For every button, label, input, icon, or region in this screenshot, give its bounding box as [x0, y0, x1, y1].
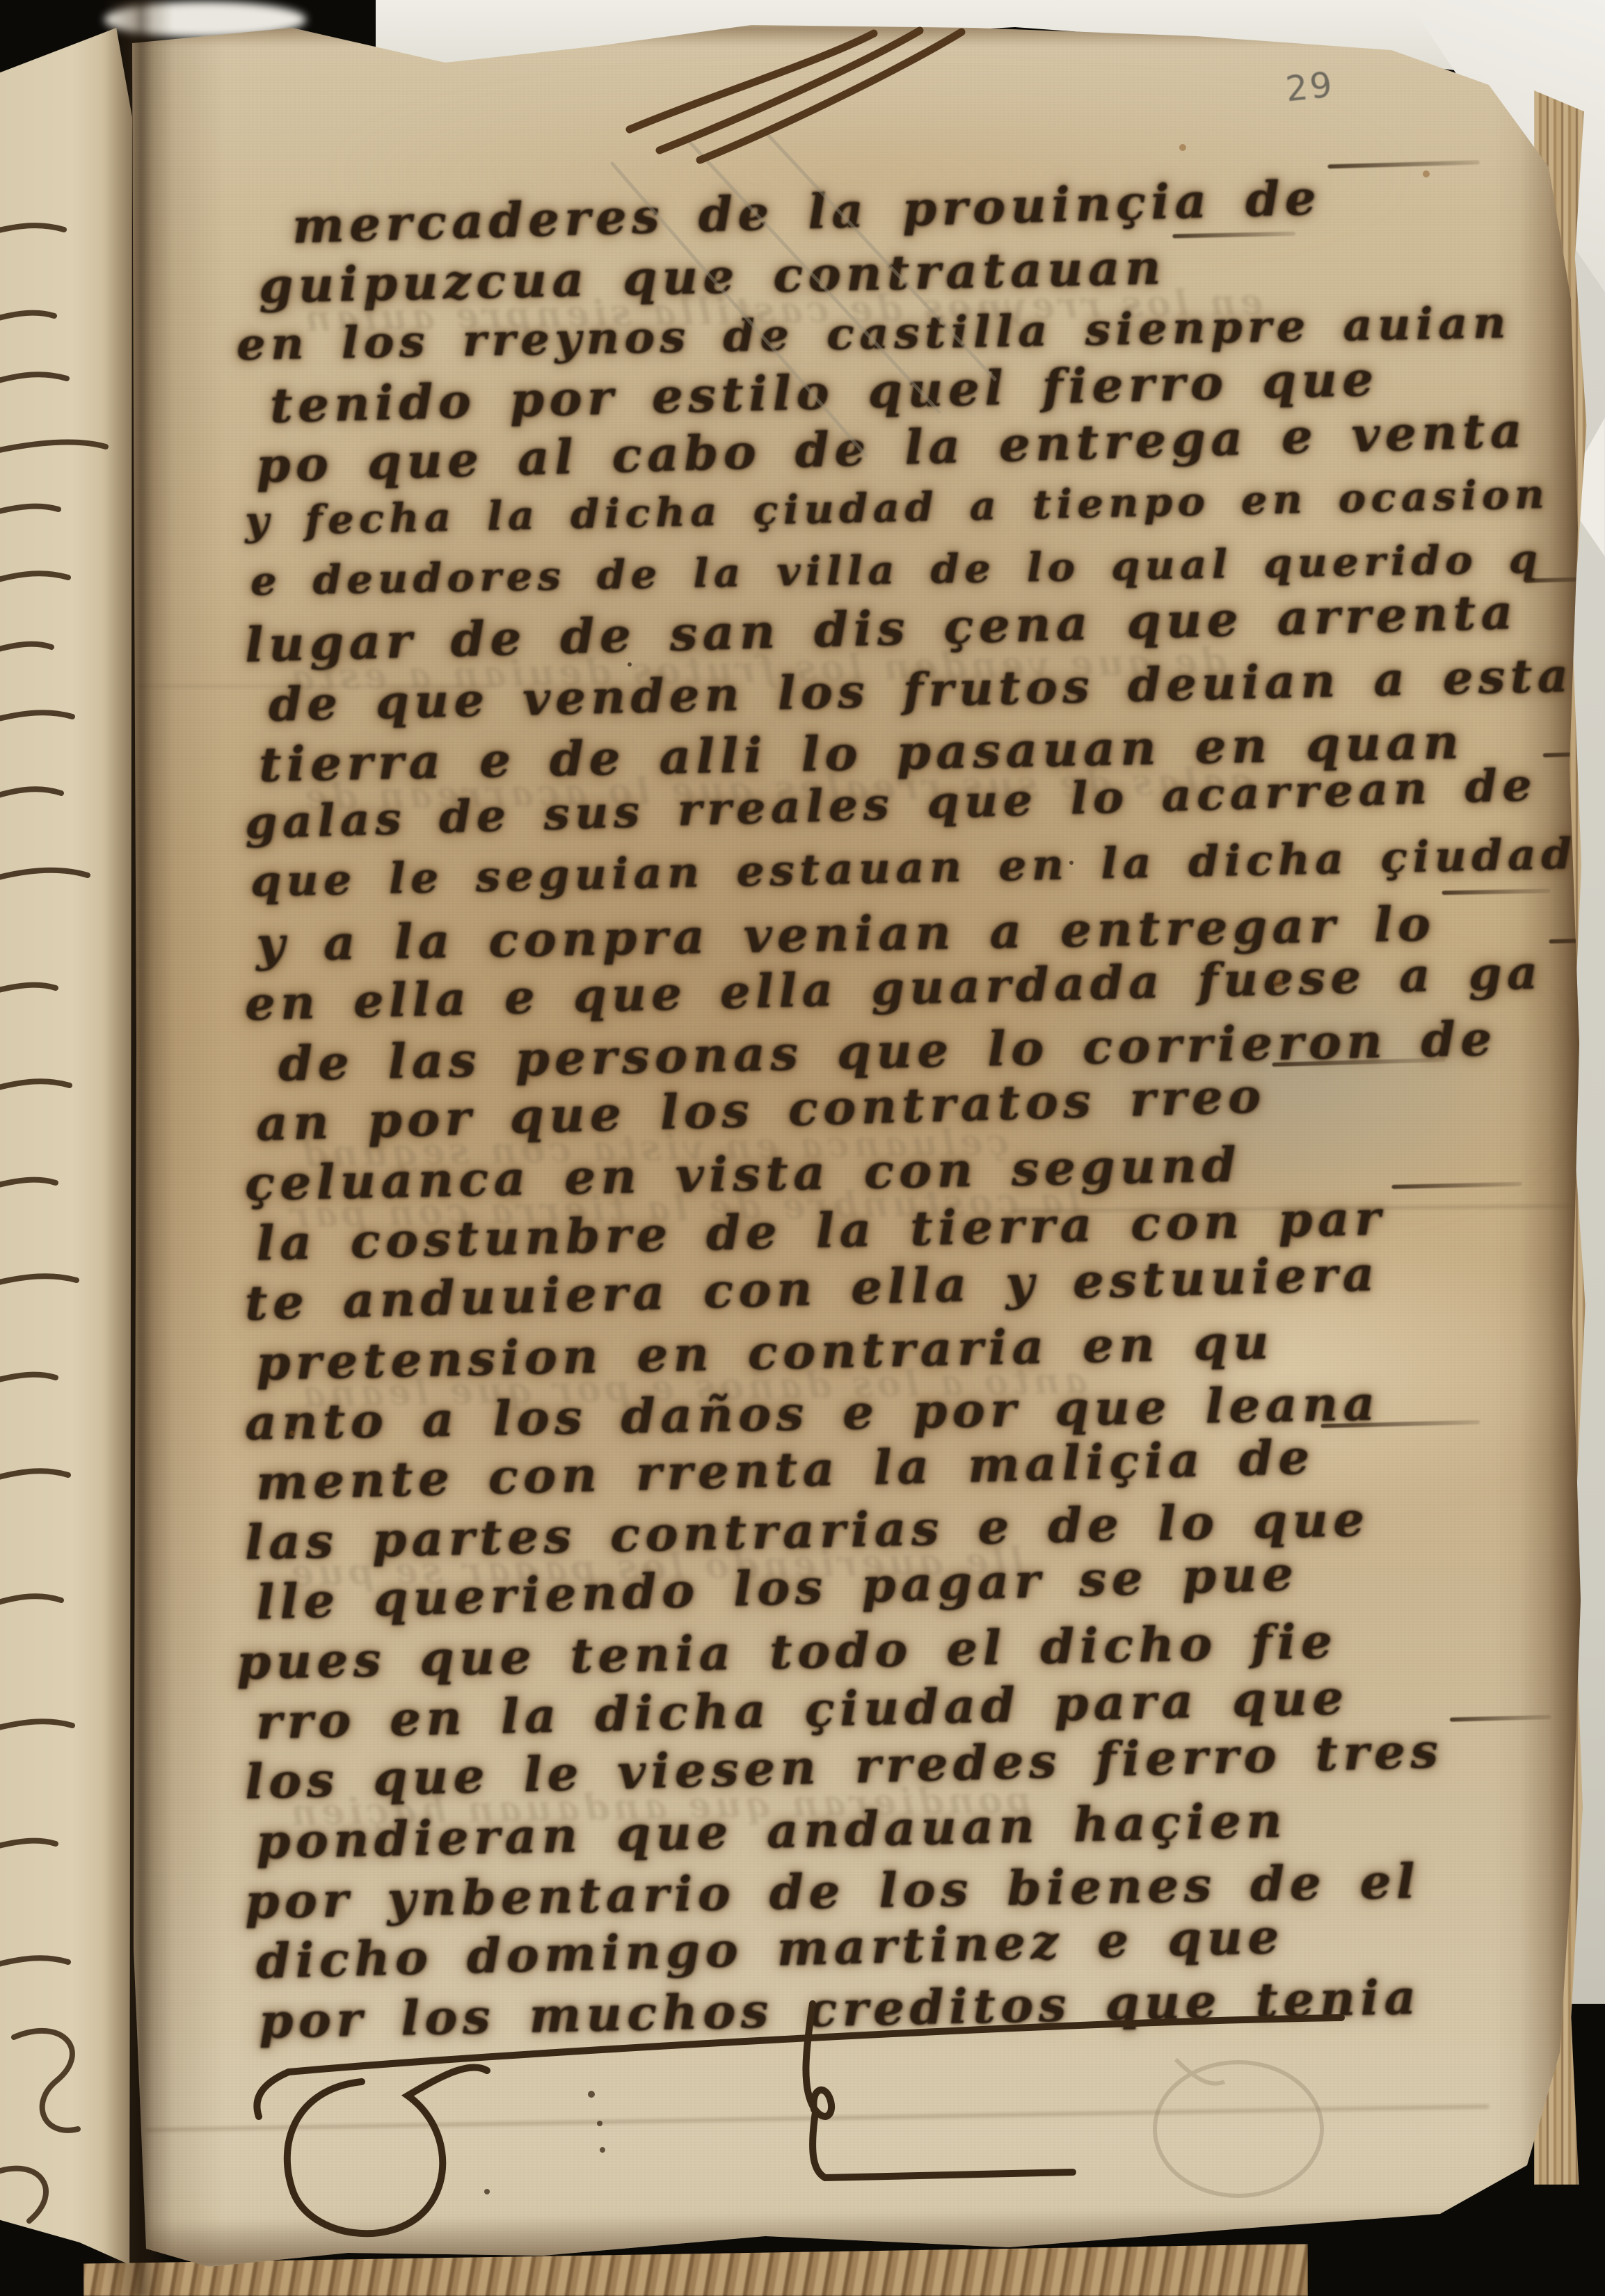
manuscript-scan: 29 mercaderes de la prouinçia deguipuzcu…: [0, 0, 1605, 2296]
book-gutter-shadow: [103, 0, 173, 2296]
folio-number: 29: [1284, 65, 1336, 110]
manuscript-page: 29 mercaderes de la prouinçia deguipuzcu…: [0, 0, 1605, 2296]
